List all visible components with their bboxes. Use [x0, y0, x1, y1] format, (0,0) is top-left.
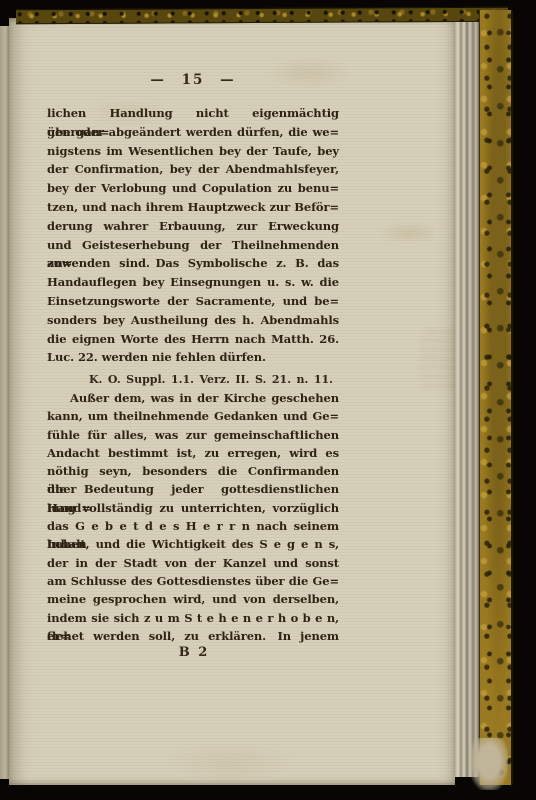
cover-marbled-edge	[479, 10, 513, 785]
text-line: der in der Stadt von der Kanzel und sons…	[47, 554, 339, 572]
text-line: kann, um theilnehmende Gedanken und Ge=	[47, 407, 339, 425]
text-line: Handauflegen bey Einsegnungen u. s. w. d…	[47, 273, 339, 292]
cover-top-marbled-edge	[16, 7, 508, 25]
text-line: meine gesprochen wird, und von derselben…	[47, 590, 339, 608]
text-line: der Confirmation, bey der Abendmahlsfeye…	[47, 160, 339, 179]
text-line: zuwenden sind. Das Symbolische z. B. das	[47, 254, 339, 273]
text-line: Andacht bestimmt ist, zu erregen, wird e…	[47, 444, 339, 462]
book-scan: — 15 — lichen Handlung nicht eigenmächti…	[0, 0, 536, 800]
text-line: und Geisteserhebung der Theilnehmenden a…	[47, 236, 339, 255]
page-number-header: — 15 —	[47, 72, 339, 88]
text-line: lichen Handlung nicht eigenmächtig überg…	[47, 104, 339, 123]
paragraph-2: Außer dem, was in der Kirche geschehen k…	[47, 389, 339, 645]
text-line: fühle für alles, was zur gemeinschaftlic…	[47, 426, 339, 444]
text-line: am Schlusse des Gottesdienstes über die …	[47, 572, 339, 590]
text-line: indem sie sich z u m S t e h e n e r h o…	[47, 609, 339, 627]
text-line: nigstens im Wesentlichen bey der Taufe, …	[47, 142, 339, 161]
text-line: sonders bey Austheilung des h. Abendmahl…	[47, 311, 339, 330]
text-line: bey der Verlobung und Copulation zu benu…	[47, 179, 339, 198]
paragraph-1: lichen Handlung nicht eigenmächtig überg…	[47, 104, 339, 367]
text-line: das G e b e t d e s H e r r n nach seine…	[47, 517, 339, 535]
page-fore-edge	[455, 22, 479, 777]
text-line: lung vollständig zu unterrichten, vorzüg…	[47, 499, 339, 517]
text-line: Außer dem, was in der Kirche geschehen	[47, 389, 339, 407]
citation-line: K. O. Suppl. 1.1. Verz. II. S. 21. n. 11…	[89, 371, 333, 389]
text-line: die Bedeutung jeder gottesdienstlichen H…	[47, 480, 339, 498]
cover-worn-corner	[470, 738, 508, 790]
text-line: nöthig seyn, besonders die Confirmanden …	[47, 462, 339, 480]
text-line: gen oder abgeändert werden dürfen, die w…	[47, 123, 339, 142]
signature-mark: B 2	[47, 645, 339, 660]
text-line: tzen, und nach ihrem Hauptzweck zur Befö…	[47, 198, 339, 217]
text-line: Inhalt, und die Wichtigkeit des S e g e …	[47, 535, 339, 553]
text-line: Einsetzungsworte der Sacramente, und be=	[47, 292, 339, 311]
text-line: derung wahrer Erbauung, zur Erweckung	[47, 217, 339, 236]
text-line: die eignen Worte des Herrn nach Matth. 2…	[47, 330, 339, 349]
text-line: flehet werden soll, zu erklären. In jene…	[47, 627, 339, 645]
text-line: Luc. 22. werden nie fehlen dürfen.	[47, 348, 339, 367]
